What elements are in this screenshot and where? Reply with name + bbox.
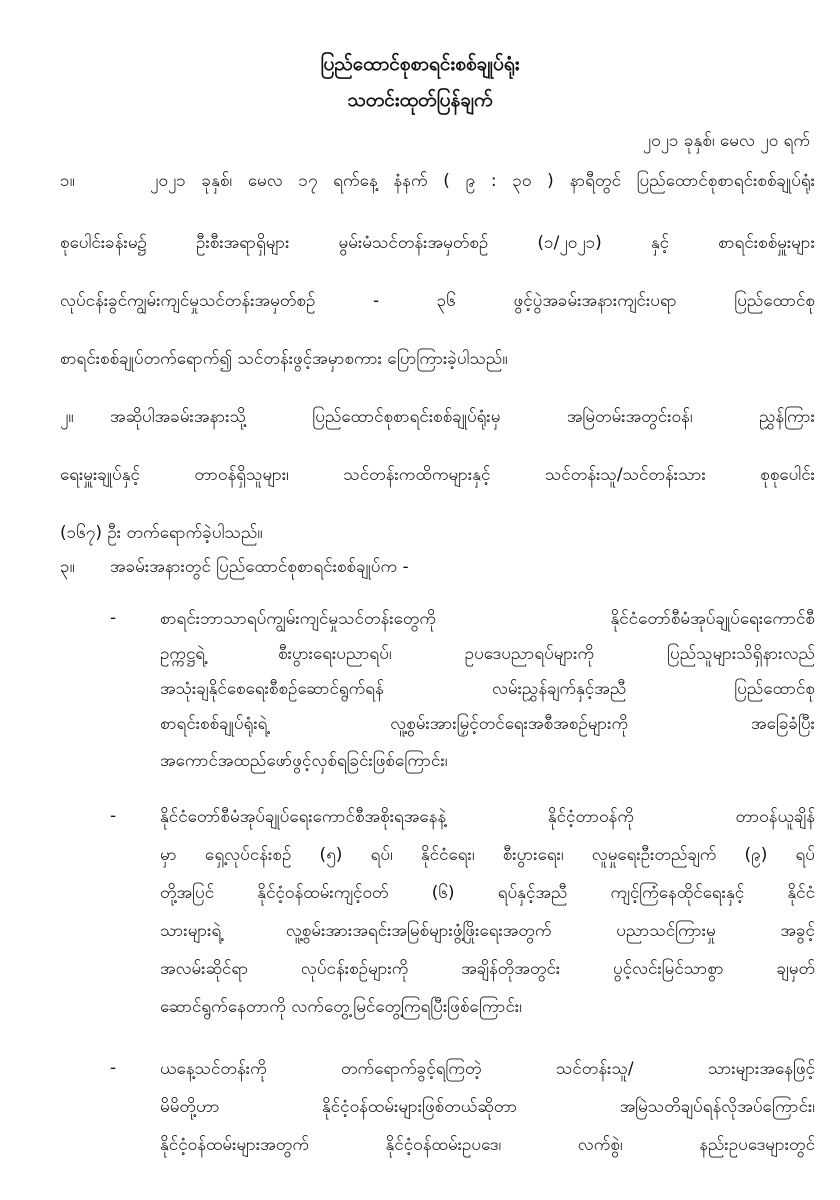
paragraph-line: အခမ်းအနားတွင် ပြည်ထောင်စုစာရင်းစစ်ချုပ်က… [110, 556, 815, 581]
bullet-line: အကောင်အထည်ဖော်ဖွင့်လှစ်ရခြင်းဖြစ်ကြောင်း… [160, 750, 815, 775]
dash-bullet-icon: - [110, 806, 116, 826]
bullet-line: အသုံးချနိုင်စေရေးစီစဉ်ဆောင်ရွက်ရန် လမ်းည… [160, 678, 815, 703]
paragraph-line: (၁၆၇) ဦး တက်ရောက်ခဲ့ပါသည်။ [60, 522, 815, 547]
bullet-line: နိုင်ငံ့ဝန်ထမ်းများအတွက် နိုင်ငံ့ဝန်ထမ်း… [160, 1134, 815, 1159]
dash-bullet-icon: - [110, 608, 116, 628]
bullet-line: ဥက္ကဋ္ဌရဲ့ စီးပွားရေးပညာရပ်၊ ဥပဒေပညာရပ်မ… [160, 643, 815, 668]
bullet-line: နိုင်ငံတော်စီမံအုပ်ချုပ်ရေးကောင်စီအစိုးရ… [160, 806, 815, 831]
paragraph-line: အဆိုပါအခမ်းအနားသို့ ပြည်ထောင်စုစာရင်းစစ်… [110, 406, 815, 431]
document-subtitle: သတင်းထုတ်ပြန်ချက် [0, 88, 840, 116]
bullet-line: မိမိတို့ဟာ နိုင်ငံ့ဝန်ထမ်းများဖြစ်တယ်ဆို… [160, 1096, 815, 1121]
paragraph-line: ရေးမှူးချုပ်နှင့် တာဝန်ရှိသူများ၊ သင်တန်… [60, 464, 815, 489]
document-title: ပြည်ထောင်စုစာရင်းစစ်ချုပ်ရုံး [0, 52, 840, 80]
dash-bullet-icon: - [110, 1058, 116, 1078]
bullet-line: သားများရဲ့ လူ့စွမ်းအားအရင်းအမြစ်များဖွံ့… [160, 920, 815, 945]
bullet-line: ဆောင်ရွက်နေတာကို လက်တွေ့မြင်တွေ့ကြရပြီးဖ… [160, 996, 815, 1021]
bullet-line: ယနေ့သင်တန်းကို တက်ရောက်ခွင့်ရကြတဲ့ သင်တန… [160, 1058, 815, 1083]
paragraph-line: စာရင်းစစ်ချုပ်တက်ရောက်၍ သင်တန်းဖွင့်အမှာ… [60, 348, 815, 373]
document-page: ပြည်ထောင်စုစာရင်းစစ်ချုပ်ရုံး သတင်းထုတ်ပ… [0, 0, 840, 1200]
paragraph-number: ၂။ [60, 406, 74, 431]
bullet-line: မှာ ရှေ့လုပ်ငန်းစဉ် (၅) ရပ်၊ နိုင်ငံရေး၊… [160, 844, 815, 869]
paragraph-number: ၃။ [60, 556, 75, 581]
document-date: ၂၀၂၁ ခုနှစ်၊ မေလ ၂၀ ရက် [643, 130, 810, 155]
bullet-line: အလမ်းဆိုင်ရာ လုပ်ငန်းစဉ်များကို အချိန်တိ… [160, 958, 815, 983]
paragraph-line: စုပေါင်းခန်းမ၌ ဦးစီးအရာရှိများ မွမ်းမံသင… [60, 232, 815, 257]
paragraph-number: ၁။ [60, 170, 75, 195]
bullet-line: တို့အပြင် နိုင်ငံ့ဝန်ထမ်းကျင့်ဝတ် (၆) ရပ… [160, 882, 815, 907]
paragraph-line: လုပ်ငန်းခွင်ကျွမ်းကျင်မှုသင်တန်းအမှတ်စဉ်… [60, 290, 815, 315]
bullet-line: စာရင်းဘာသာရပ်ကျွမ်းကျင်မှုသင်တန်းတွေကို … [160, 608, 815, 633]
bullet-line: စာရင်းစစ်ချုပ်ရုံးရဲ့ လူ့စွမ်းအားမြှင့်တ… [160, 713, 815, 738]
paragraph-line: ၂၀၂၁ ခုနှစ်၊ မေလ ၁၇ ရက်နေ့ နံနက် ( ၉ : ၃… [150, 170, 815, 195]
